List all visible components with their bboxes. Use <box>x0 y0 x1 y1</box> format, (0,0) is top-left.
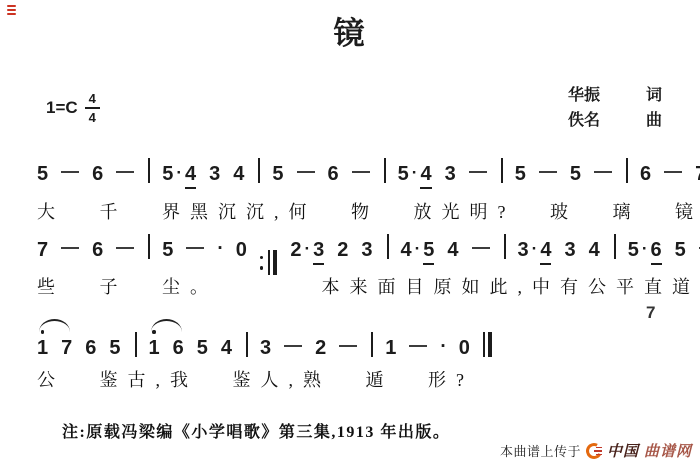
watermark-text: 本曲谱上传于 <box>500 441 581 460</box>
dotted-note-group: 3·4 <box>518 239 552 265</box>
note: 5 <box>162 163 173 186</box>
note: 5 <box>423 239 434 265</box>
duration-dash <box>186 247 204 250</box>
note: 3 <box>209 163 220 186</box>
note: 7 <box>37 239 48 262</box>
note: 6 <box>651 239 662 265</box>
music-line-1: 565·434565·4355671 <box>37 158 700 188</box>
time-signature-numerator: 4 <box>85 92 100 109</box>
note: 4 <box>540 239 551 265</box>
duration-dash <box>469 171 487 174</box>
duration-dash <box>116 171 134 174</box>
note: 6 <box>92 239 103 262</box>
site-name-rest: 曲谱网 <box>644 440 692 461</box>
barline <box>148 158 150 183</box>
song-title: 镜 <box>0 8 700 53</box>
augmentation-dot: · <box>440 336 446 358</box>
barline <box>501 158 503 183</box>
note: 2 <box>290 239 301 262</box>
note: 4 <box>420 163 431 189</box>
lyrics-line-3: 公 鉴古,我 鉴人,熟 遁 形? <box>37 366 474 392</box>
duration-dash <box>472 247 490 250</box>
dotted-note-group: 2·3 <box>290 239 324 265</box>
note: 5 <box>515 163 526 186</box>
lyricist-name: 华振 <box>568 84 600 109</box>
note: 4 <box>447 239 458 262</box>
note: 3 <box>361 239 372 262</box>
 <box>268 250 270 275</box>
barline <box>371 332 373 357</box>
note: 5 <box>675 239 686 262</box>
note: 4 <box>401 239 412 262</box>
final-barline <box>483 332 492 357</box>
note: 3 <box>260 337 271 360</box>
dotted-note-group: 5·4 <box>162 163 196 189</box>
time-signature: 4 4 <box>85 92 100 124</box>
note: 5 <box>570 163 581 186</box>
note: 7 <box>695 163 700 186</box>
music-line-3: 17651654321·0 <box>37 332 505 362</box>
note: 6 <box>328 163 339 186</box>
note: 6 <box>173 337 184 360</box>
 <box>483 332 485 357</box>
barline <box>614 234 616 259</box>
note: 4 <box>233 163 244 186</box>
dotted-note-group: 5·4 <box>398 163 432 189</box>
note: 5 <box>109 337 120 360</box>
note: 6 <box>92 163 103 186</box>
barline <box>504 234 506 259</box>
augmentation-dot: · <box>304 239 310 259</box>
barline <box>626 158 628 183</box>
 <box>488 332 492 357</box>
duration-dash <box>61 171 79 174</box>
key-signature: 1=C 4 4 <box>46 92 100 124</box>
barline <box>246 332 248 357</box>
duration-dash <box>284 345 302 348</box>
duration-dash <box>116 247 134 250</box>
music-line-2: 765·02·3234·543·4345·65 <box>37 234 700 264</box>
slur <box>151 319 182 332</box>
barline <box>384 158 386 183</box>
composer-role: 曲 <box>646 109 662 134</box>
duration-dash <box>352 171 370 174</box>
barline <box>258 158 260 183</box>
note: 3 <box>445 163 456 186</box>
note: 0 <box>236 239 247 262</box>
dotted-note-group: 5·6 <box>628 239 662 265</box>
note: 1 <box>149 337 160 360</box>
note: 7 <box>61 337 72 360</box>
duration-dash <box>339 345 357 348</box>
note: 2 <box>337 239 348 262</box>
lyricist-role: 词 <box>646 84 662 109</box>
end-repeat-barline <box>260 250 278 275</box>
note: 2 <box>315 337 326 360</box>
lyrics-line-2: 些 子 尘。 本来面目原如此,中有公平直道心。 <box>37 273 700 299</box>
watermark: 本曲谱上传于 中国 曲谱网 <box>500 440 692 461</box>
note: 4 <box>589 239 600 262</box>
barline <box>148 234 150 259</box>
augmentation-dot: · <box>532 239 538 259</box>
duration-dash <box>539 171 557 174</box>
augmentation-dot: · <box>642 239 648 259</box>
time-signature-denominator: 4 <box>89 109 96 124</box>
 <box>260 266 264 270</box>
barline <box>387 234 389 259</box>
slur <box>39 319 70 332</box>
isolated-pickup-note: 7 <box>646 303 655 323</box>
duration-dash <box>61 247 79 250</box>
note: 6 <box>85 337 96 360</box>
lyricist-credit: 华振 词 <box>568 84 662 109</box>
augmentation-dot: · <box>217 238 223 260</box>
note: 4 <box>185 163 196 189</box>
note: 5 <box>398 163 409 186</box>
note: 1 <box>385 337 396 360</box>
dotted-note-group: 4·5 <box>401 239 435 265</box>
site-name-cn: 中国 <box>607 440 639 461</box>
lyrics-line-1: 大 千 界黑沉沉,何 物 放光明? 玻 璃 镜, 不着 <box>37 198 700 224</box>
note: 3 <box>313 239 324 265</box>
composer-name: 佚名 <box>568 109 600 134</box>
note: 5 <box>162 239 173 262</box>
note: 1 <box>37 337 48 360</box>
note: 0 <box>459 337 470 360</box>
repeat-dots <box>260 256 264 270</box>
note: 3 <box>564 239 575 262</box>
credits: 华振 词 佚名 曲 <box>568 84 662 134</box>
duration-dash <box>409 345 427 348</box>
augmentation-dot: · <box>176 163 182 183</box>
duration-dash <box>297 171 315 174</box>
barline <box>135 332 137 357</box>
duration-dash <box>664 171 682 174</box>
 <box>273 250 277 275</box>
note: 6 <box>640 163 651 186</box>
augmentation-dot: · <box>412 163 418 183</box>
note: 4 <box>221 337 232 360</box>
composer-credit: 佚名 曲 <box>568 109 662 134</box>
note: 5 <box>628 239 639 262</box>
note: 3 <box>518 239 529 262</box>
note: 5 <box>37 163 48 186</box>
 <box>260 256 264 260</box>
duration-dash <box>594 171 612 174</box>
key-tonic: 1=C <box>46 98 78 118</box>
site-logo-icon <box>586 443 602 459</box>
source-footnote: 注:原载冯梁编《小学唱歌》第三集,1913 年出版。 <box>62 419 450 442</box>
augmentation-dot: · <box>415 239 421 259</box>
note: 5 <box>197 337 208 360</box>
note: 5 <box>272 163 283 186</box>
